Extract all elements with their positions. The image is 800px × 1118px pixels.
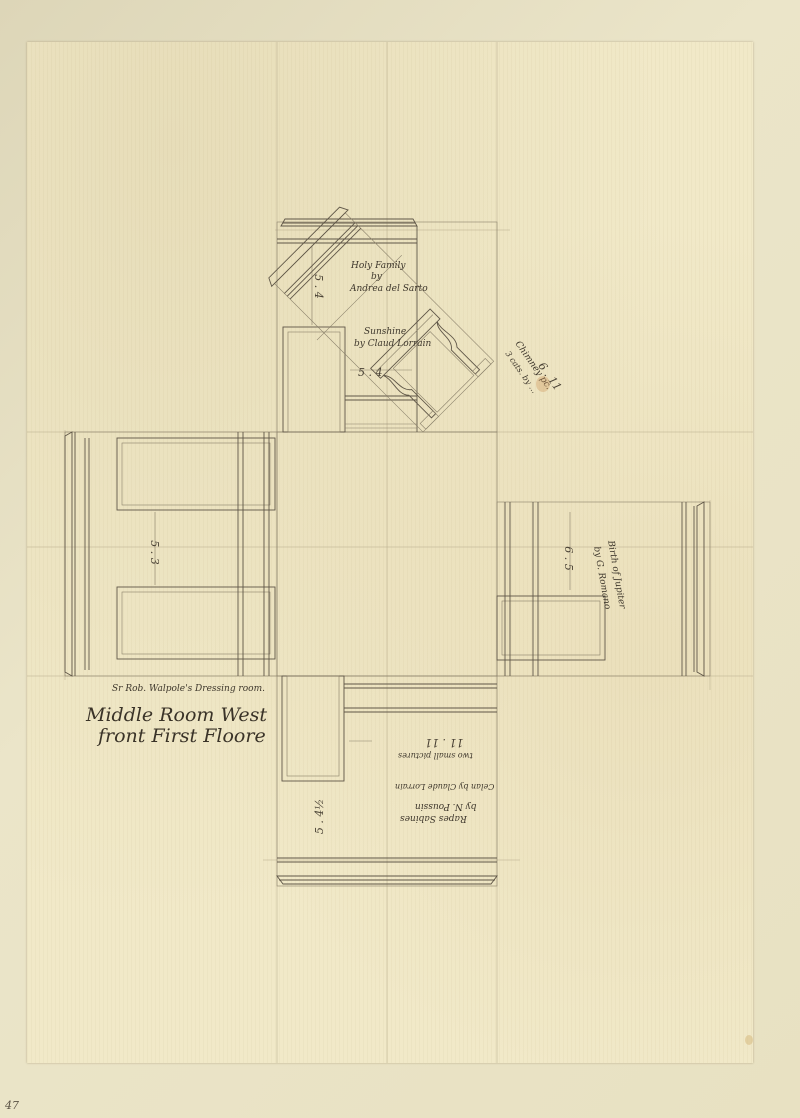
label-celan-claude: Celan by Claude Lorrain [395,781,494,790]
title-line-1: Middle Room West [86,706,267,726]
label-rapes-sabines: Rapes Sabines [400,812,467,822]
dimension-east: 6 . 5 [562,546,575,571]
dimension-north-height: 5 . 4 [312,274,325,299]
construction-guides [27,42,753,1063]
dimension-west: 5 . 3 [148,540,161,565]
label-sunshine: Sunshine [364,328,406,338]
label-holy-family: Holy Family [351,262,405,272]
title-line-2: front First Floore [98,727,266,747]
label-by: by [371,273,382,283]
dimension-south: 5 . 4½ [313,799,326,834]
stain [745,1035,753,1045]
west-wall-elevation [65,432,277,676]
label-claud-lorrain: by Claud Lorrain [354,340,431,350]
dimension-north-width: 5 . 4 [358,366,383,379]
subtitle-dressing-room: Sr Rob. Walpole's Dressing room. [112,685,265,695]
label-two-small-pictures: two small pictures [398,750,473,759]
label-poussin: by N. Poussin [415,800,477,810]
label-andrea-del-sarto: Andrea del Sarto [350,285,428,295]
corner-mark: 47 [5,1100,19,1112]
stain [536,376,550,392]
chimney-wall-elevation [262,200,501,439]
dimension-small-pictures: 11 . 11 [425,736,463,749]
room-elevation-drawing [0,0,800,1118]
